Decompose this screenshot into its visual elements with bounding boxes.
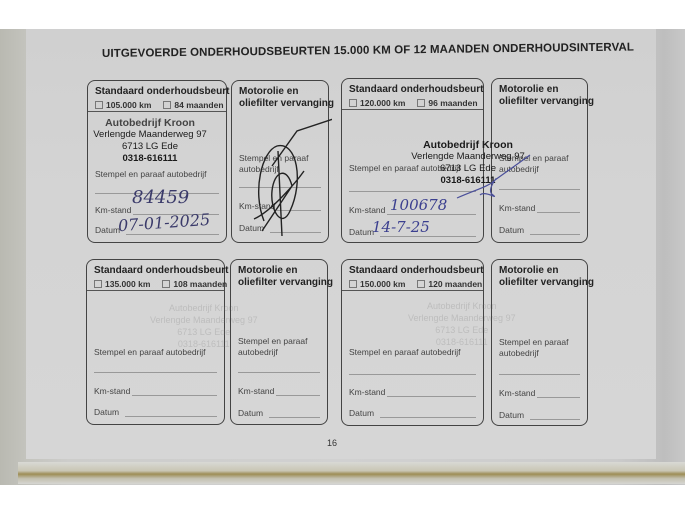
km-checkbox[interactable] xyxy=(94,280,102,288)
page-number: 16 xyxy=(327,438,337,448)
date-line xyxy=(380,236,476,237)
date-line xyxy=(380,417,476,418)
date-line xyxy=(530,419,580,420)
stamp-label: Stempel en paraaf autobedrijf xyxy=(349,347,461,357)
km-reading: 100678 xyxy=(390,196,447,214)
garage-stamp: Autobedrijf Kroon Verlengde Maanderweg 9… xyxy=(90,117,210,165)
date-label: Datum xyxy=(349,408,374,418)
initials-icon xyxy=(455,150,535,210)
stamp-label-line1: Stempel en paraaf xyxy=(499,337,568,347)
months-checkbox[interactable] xyxy=(162,280,170,288)
header-divider xyxy=(342,109,483,110)
km-label: Km-stand xyxy=(94,386,130,396)
stamp-line xyxy=(94,372,217,373)
km-label: Km-stand xyxy=(349,387,385,397)
service-interval: 105.000 km84 maanden xyxy=(95,100,224,110)
oil-change-box-1: Motorolie en oliefilter vervanging Stemp… xyxy=(231,80,329,243)
service-title: Standaard onderhoudsbeurt xyxy=(95,86,229,98)
date-line xyxy=(126,234,219,235)
date-line xyxy=(125,416,217,417)
km-reading: 84459 xyxy=(132,187,189,208)
service-title: Standaard onderhoudsbeurt xyxy=(349,265,483,277)
header-divider xyxy=(342,290,483,291)
km-label: Km-stand xyxy=(499,388,535,398)
km-label: Km-stand xyxy=(238,386,274,396)
months-checkbox[interactable] xyxy=(163,101,171,109)
date-line xyxy=(530,234,580,235)
date-label: Datum xyxy=(499,410,524,420)
stamp-label-line1: Stempel en paraaf xyxy=(238,336,307,346)
header-divider xyxy=(87,290,224,291)
oil-change-box-3: Motorolie en oliefilter vervanging Stemp… xyxy=(230,259,328,425)
service-interval: 135.000 km108 maanden xyxy=(94,279,227,289)
oil-title-line2: oliefilter vervanging xyxy=(239,98,334,110)
stamp-label: Stempel en paraaf autobedrijf xyxy=(95,169,207,179)
km-line xyxy=(537,397,580,398)
km-label: Km-stand xyxy=(349,205,385,215)
stamp-line xyxy=(499,374,580,375)
header-divider xyxy=(88,111,226,112)
oil-title-line2: oliefilter vervanging xyxy=(499,96,594,108)
km-checkbox[interactable] xyxy=(349,280,357,288)
service-interval: 150.000 km120 maanden xyxy=(349,279,482,289)
service-date: 14-7-25 xyxy=(372,218,430,236)
service-interval: 120.000 km96 maanden xyxy=(349,98,478,108)
months-checkbox[interactable] xyxy=(417,99,425,107)
km-label: Km-stand xyxy=(95,205,131,215)
stamp-label-line2: autobedrijf xyxy=(238,347,278,357)
date-label: Datum xyxy=(95,225,120,235)
km-line xyxy=(537,212,580,213)
oil-title-line1: Motorolie en xyxy=(499,84,558,96)
oil-title-line2: oliefilter vervanging xyxy=(238,277,333,289)
service-title: Standaard onderhoudsbeurt xyxy=(94,265,228,277)
service-title: Standaard onderhoudsbeurt xyxy=(349,84,483,96)
service-date: 07-01-2025 xyxy=(117,210,210,235)
km-line xyxy=(132,395,217,396)
date-line xyxy=(269,417,320,418)
stamp-line xyxy=(349,374,476,375)
km-line xyxy=(387,396,476,397)
km-line xyxy=(387,214,476,215)
date-label: Datum xyxy=(349,227,374,237)
signature-icon xyxy=(242,111,332,241)
oil-title-line2: oliefilter vervanging xyxy=(499,277,594,289)
page-edge xyxy=(18,462,685,484)
oil-title-line1: Motorolie en xyxy=(499,265,558,277)
km-checkbox[interactable] xyxy=(349,99,357,107)
km-line xyxy=(276,395,320,396)
stamp-line xyxy=(238,372,320,373)
months-checkbox[interactable] xyxy=(417,280,425,288)
date-label: Datum xyxy=(499,225,524,235)
date-label: Datum xyxy=(94,407,119,417)
oil-title-line1: Motorolie en xyxy=(238,265,297,277)
oil-change-box-4: Motorolie en oliefilter vervanging Stemp… xyxy=(491,259,588,426)
date-label: Datum xyxy=(238,408,263,418)
oil-title-line1: Motorolie en xyxy=(239,86,298,98)
stamp-label-line2: autobedrijf xyxy=(499,348,539,358)
km-checkbox[interactable] xyxy=(95,101,103,109)
